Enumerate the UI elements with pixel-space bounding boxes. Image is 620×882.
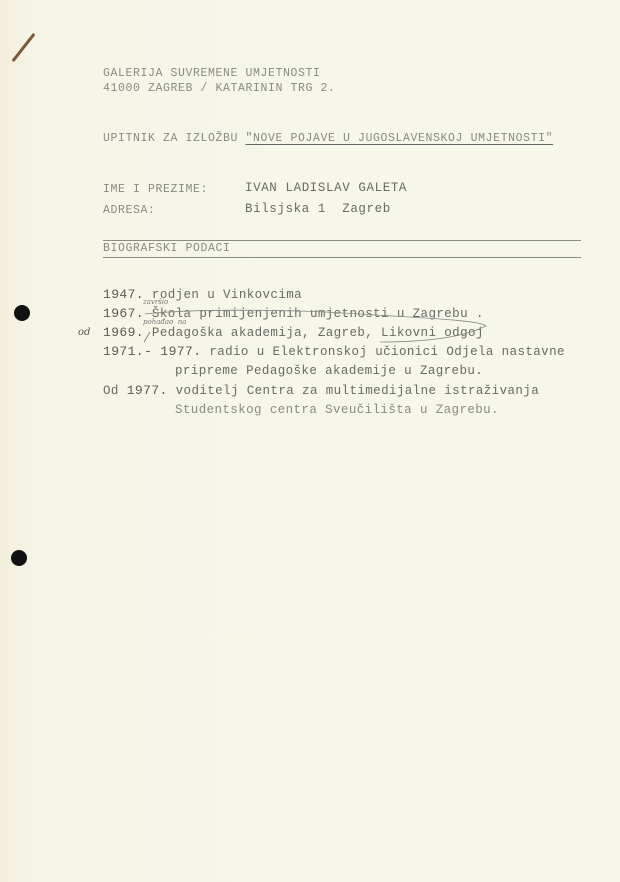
- bio-text: voditelj Centra za multimedijalne istraž…: [168, 384, 539, 398]
- punch-hole: [11, 550, 27, 566]
- bio-entry: 1969. Pedagoška akademija, Zagreb, Likov…: [103, 326, 484, 340]
- bio-year: 1969.: [103, 325, 144, 340]
- bio-text: Škola primijenjenih umjetnosti u Zagrebu…: [144, 307, 484, 321]
- document-page: GALERIJA SUVREMENE UMJETNOSTI 41000 ZAGR…: [0, 0, 620, 882]
- questionnaire-heading: UPITNIK ZA IZLOŽBU "NOVE POJAVE U JUGOSL…: [103, 132, 553, 146]
- bio-entry: 1947. rodjen u Vinkovcima: [103, 288, 302, 302]
- name-value: IVAN LADISLAV GALETA: [245, 181, 407, 195]
- bio-text: radio u Elektronskoj učionici Odjela nas…: [201, 345, 564, 359]
- address-value: Bilsjska 1 Zagreb: [245, 202, 391, 216]
- questionnaire-prefix: UPITNIK ZA IZLOŽBU: [103, 132, 246, 145]
- punch-hole: [14, 305, 30, 321]
- bio-year: 1977.: [127, 383, 168, 398]
- letterhead-line-2: 41000 ZAGREB / KATARININ TRG 2.: [103, 82, 336, 96]
- exhibition-title: "NOVE POJAVE U JUGOSLAVENSKOJ UMJETNOSTI…: [246, 132, 554, 145]
- section-rule-bottom: [103, 257, 581, 258]
- handwritten-margin-note: od: [78, 327, 90, 338]
- bio-entry: Od 1977. voditelj Centra za multimedijal…: [103, 384, 539, 398]
- bio-entry-continuation: Studentskog centra Sveučilišta u Zagrebu…: [175, 403, 499, 417]
- section-rule-top: [103, 240, 581, 241]
- bio-text: Pedagoška akademija, Zagreb, Likovni odg…: [144, 326, 484, 340]
- bio-entry: 1971.- 1977. radio u Elektronskoj učioni…: [103, 345, 565, 359]
- address-label: ADRESA:: [103, 204, 156, 218]
- bio-entry-continuation: pripreme Pedagoške akademije u Zagrebu.: [175, 364, 483, 378]
- letterhead-line-1: GALERIJA SUVREMENE UMJETNOSTI: [103, 67, 321, 81]
- pen-slash-mark: [12, 33, 36, 62]
- handwritten-note: završio: [143, 298, 168, 306]
- section-heading: BIOGRAFSKI PODACI: [103, 242, 231, 256]
- name-label: IME I PREZIME:: [103, 183, 208, 197]
- handwritten-note: pohađao na: [143, 318, 186, 326]
- bio-year: 1967.: [103, 306, 144, 321]
- bio-year: 1947.: [103, 287, 144, 302]
- bio-year: 1971.- 1977.: [103, 344, 201, 359]
- bio-prefix: Od: [103, 384, 127, 398]
